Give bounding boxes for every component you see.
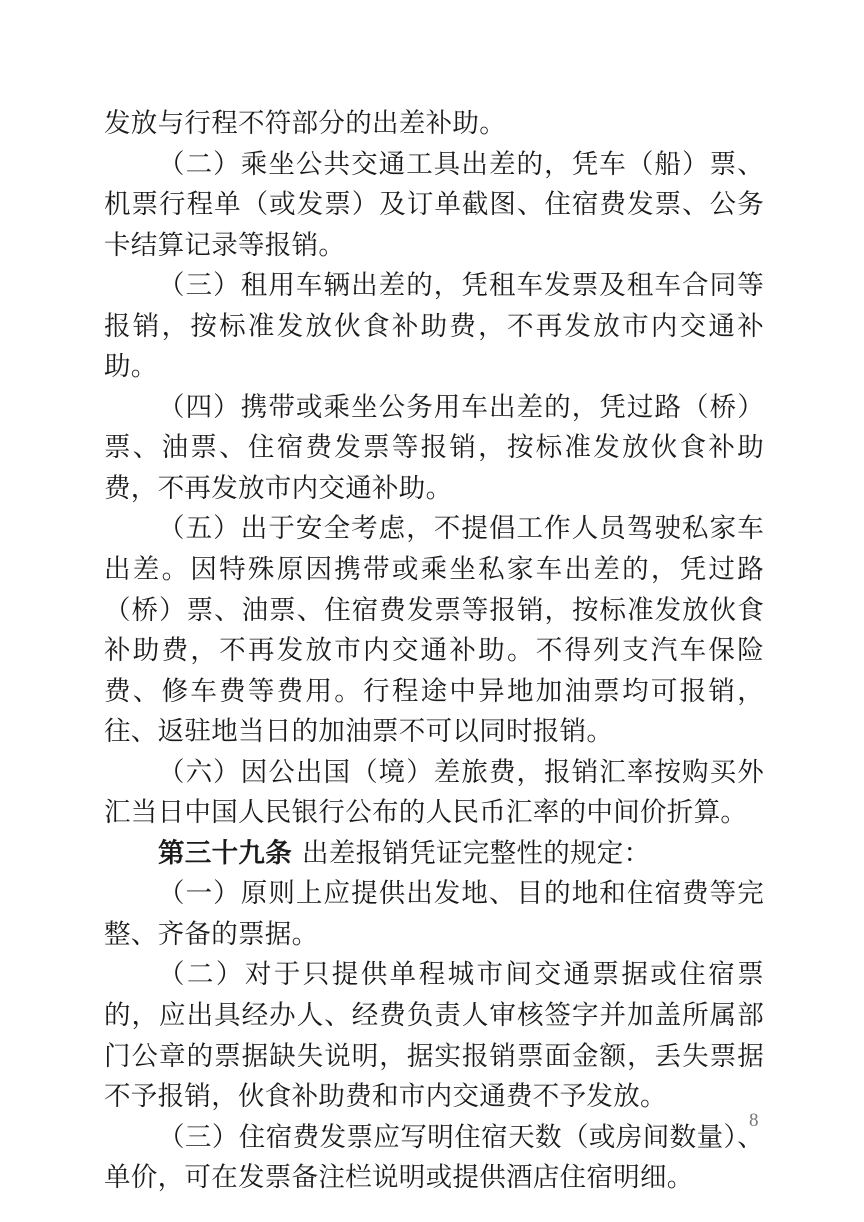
article-heading: 第三十九条出差报销凭证完整性的规定： xyxy=(104,834,764,875)
paragraph-continuation: 发放与行程不符部分的出差补助。 xyxy=(104,104,764,145)
paragraph-item-3-rental-car: （三）租用车辆出差的，凭租车发票及租车合同等报销，按标准发放伙食补助费，不再发放… xyxy=(104,266,764,388)
article-number: 第三十九条 xyxy=(158,838,292,869)
article-subject: 出差报销凭证完整性的规定： xyxy=(302,838,650,869)
paragraph-item-6-overseas: （六）因公出国（境）差旅费，报销汇率按购买外汇当日中国人民银行公布的人民币汇率的… xyxy=(104,753,764,834)
paragraph-item-4-official-car: （四）携带或乘坐公务用车出差的，凭过路（桥）票、油票、住宿费发票等报销，按标准发… xyxy=(104,388,764,510)
paragraph-item-2-public-transport: （二）乘坐公共交通工具出差的，凭车（船）票、机票行程单（或发票）及订单截图、住宿… xyxy=(104,145,764,267)
article-item-3: （三）住宿费发票应写明住宿天数（或房间数量）、单价，可在发票备注栏说明或提供酒店… xyxy=(104,1118,764,1199)
article-item-1: （一）原则上应提供出发地、目的地和住宿费等完整、齐备的票据。 xyxy=(104,874,764,955)
document-page: 发放与行程不符部分的出差补助。 （二）乘坐公共交通工具出差的，凭车（船）票、机票… xyxy=(104,104,764,1199)
article-item-2: （二）对于只提供单程城市间交通票据或住宿票的，应出具经办人、经费负责人审核签字并… xyxy=(104,955,764,1117)
paragraph-item-5-private-car: （五）出于安全考虑，不提倡工作人员驾驶私家车出差。因特殊原因携带或乘坐私家车出差… xyxy=(104,509,764,752)
page-number: 8 xyxy=(749,1110,759,1132)
